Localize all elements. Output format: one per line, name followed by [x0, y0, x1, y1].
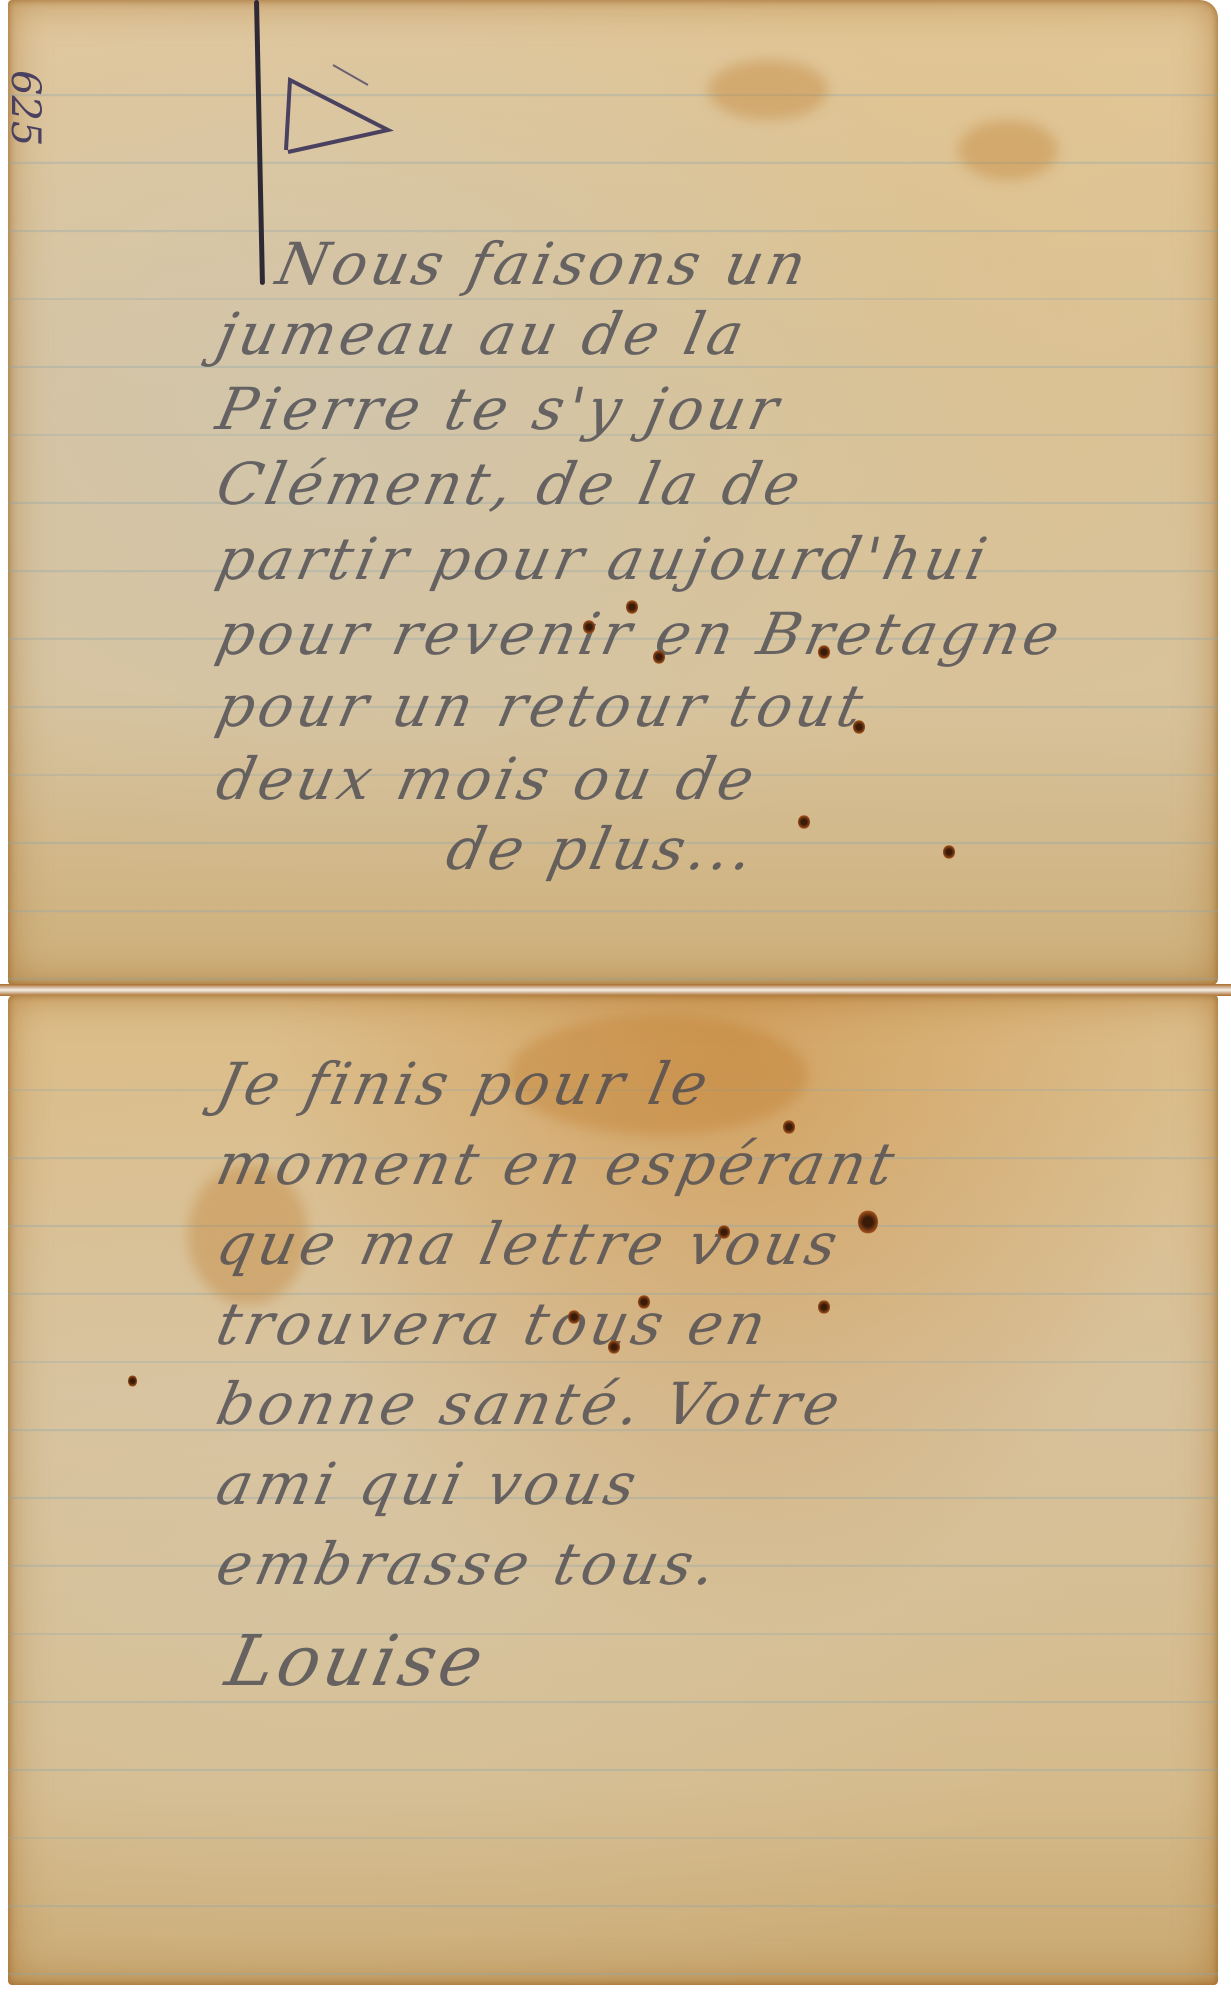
stain: [708, 60, 828, 120]
burn-spot: [818, 1300, 830, 1314]
burn-spot: [626, 600, 638, 614]
burn-spot: [798, 815, 810, 829]
letter-page-top: 625 Nous faisons un jumeau au de la Pier…: [8, 0, 1218, 985]
pencil-flag-mark: [278, 60, 418, 180]
burn-spot: [818, 645, 830, 659]
letter-line: bonne santé. Votre: [211, 1370, 1185, 1438]
burn-spot: [608, 1340, 620, 1354]
burn-spot: [583, 620, 595, 634]
letter-page-bottom: Je finis pour le moment en espérant que …: [8, 995, 1218, 1985]
letter-line: pour revenir en Bretagne: [211, 600, 1185, 668]
letter-line: moment en espérant: [211, 1130, 1185, 1198]
burn-spot: [858, 1210, 878, 1234]
letter-line: jumeau au de la: [211, 300, 1185, 368]
letter-line: Clément, de la de: [211, 450, 1185, 518]
letter-line: de plus...: [441, 815, 1185, 883]
corner-annotation: 625: [2, 70, 48, 146]
letter-line: embrasse tous.: [211, 1530, 1185, 1598]
signature: Louise: [219, 1620, 1186, 1702]
ink-dot: [128, 1375, 137, 1387]
letter-line: ami qui vous: [211, 1450, 1185, 1518]
burn-spot: [943, 845, 955, 859]
letter-line: partir pour aujourd'hui: [211, 525, 1185, 593]
letter-line: pour un retour tout: [211, 672, 1185, 740]
burn-spot: [853, 720, 865, 734]
letter-line: Pierre te s'y jour: [211, 375, 1185, 443]
letter-line: que ma lettre vous: [211, 1210, 1185, 1278]
stain: [958, 120, 1058, 180]
burn-spot: [653, 650, 665, 664]
letter-line: trouvera tous en: [211, 1290, 1185, 1358]
burn-spot: [568, 1310, 580, 1324]
letter-line: deux mois ou de: [211, 745, 1185, 813]
burn-spot: [718, 1225, 730, 1239]
burn-spot: [638, 1295, 650, 1309]
burn-spot: [783, 1120, 795, 1134]
letter-line: Je finis pour le: [211, 1050, 1185, 1118]
letter-line: Nous faisons un: [271, 230, 1185, 298]
